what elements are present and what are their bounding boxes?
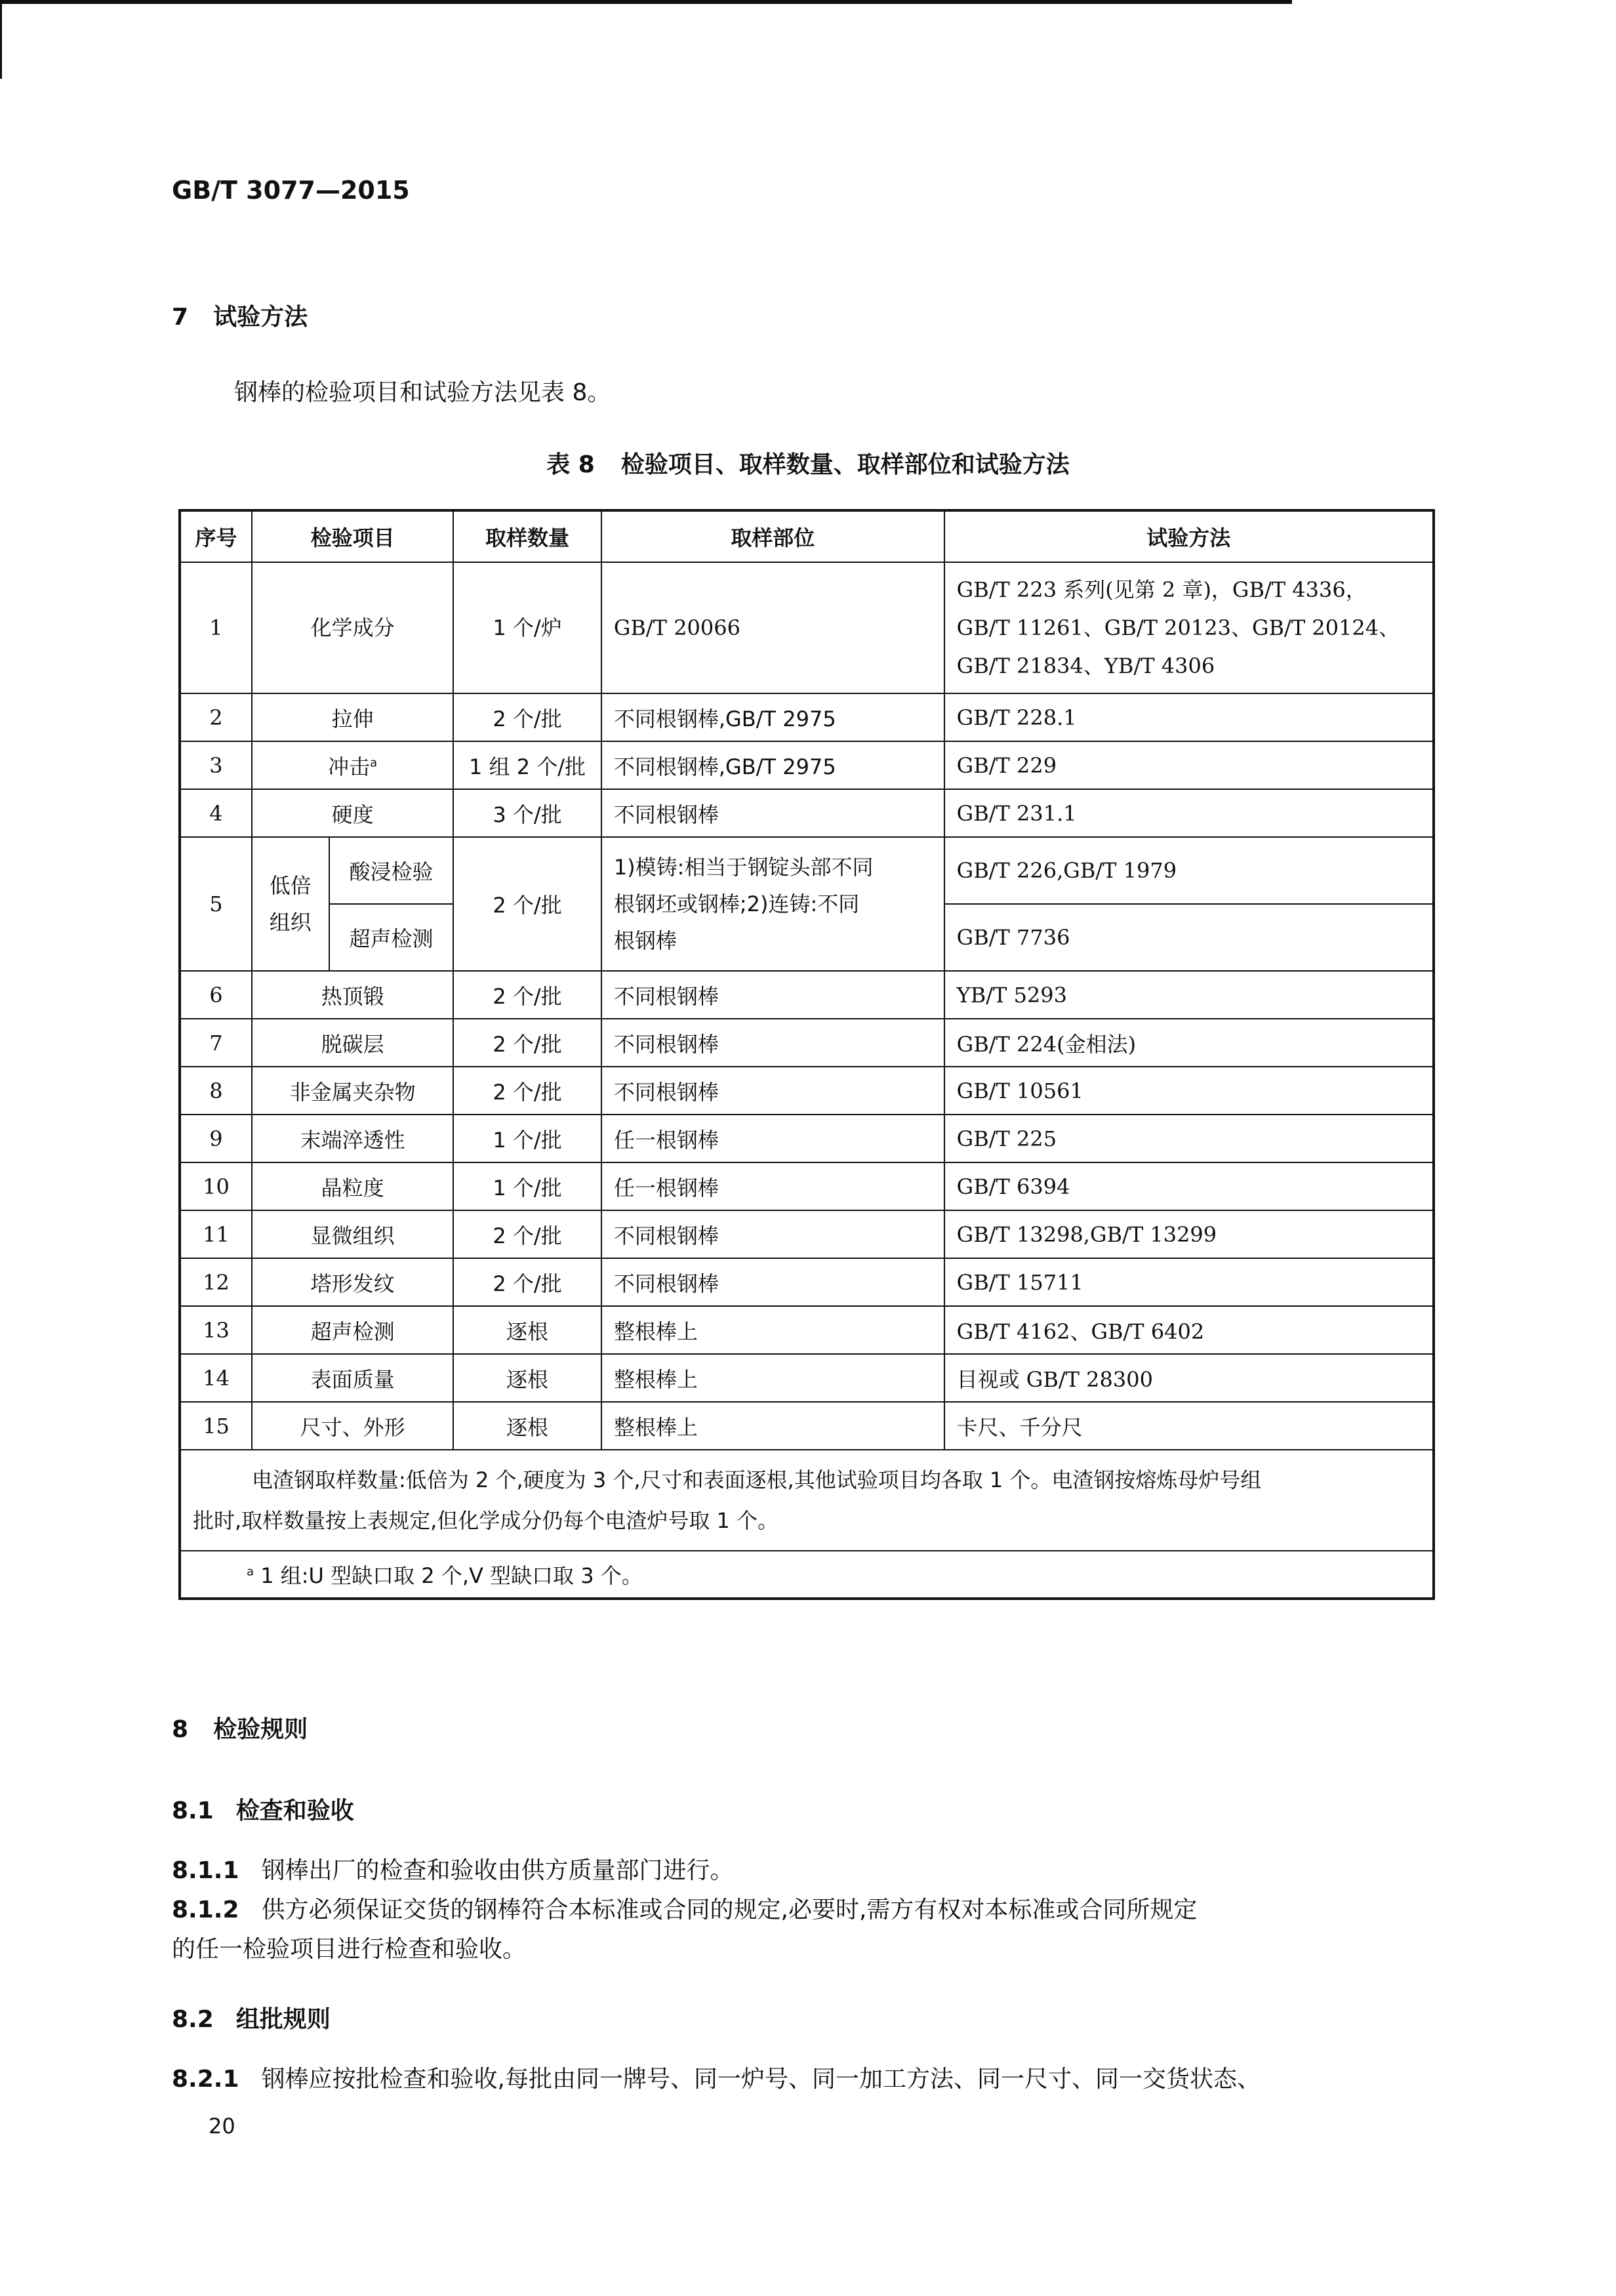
row-qty: 逐根 — [453, 1306, 601, 1354]
clause-text: 供方必须保证交货的钢棒符合本标准或合同的规定,必要时,需方有权对本标准或合同所规… — [262, 1896, 1198, 1923]
item-text: 冲击 — [328, 754, 370, 779]
row-item: 非金属夹杂物 — [252, 1067, 453, 1115]
table-caption-label: 表 8 — [546, 451, 595, 478]
clause-8-1-2: 8.1.2供方必须保证交货的钢棒符合本标准或合同的规定,必要时,需方有权对本标准… — [172, 1891, 1457, 1969]
row-item: 末端淬透性 — [252, 1115, 453, 1162]
row-no: 5 — [180, 837, 252, 971]
row-location: 整根棒上 — [601, 1354, 944, 1402]
section-8-2-heading: 8.2组批规则 — [172, 2001, 331, 2034]
row-qty: 逐根 — [453, 1402, 601, 1450]
row-location: 不同根钢棒 — [601, 789, 944, 837]
clause-text: 的任一检验项目进行检查和验收。 — [172, 1936, 526, 1963]
col-header-method: 试验方法 — [944, 510, 1434, 562]
table-note-row: 电渣钢取样数量:低倍为 2 个,硬度为 3 个,尺寸和表面逐根,其他试验项目均各… — [180, 1450, 1434, 1551]
row-location: 整根棒上 — [601, 1306, 944, 1354]
table-row: 9 末端淬透性 1 个/批 任一根钢棒 GB/T 225 — [180, 1115, 1434, 1162]
scan-border-top — [0, 0, 1292, 4]
row-no: 3 — [180, 741, 252, 789]
table-note: 电渣钢取样数量:低倍为 2 个,硬度为 3 个,尺寸和表面逐根,其他试验项目均各… — [180, 1450, 1434, 1551]
row-item: 晶粒度 — [252, 1162, 453, 1210]
row-method: 目视或 GB/T 28300 — [944, 1354, 1434, 1402]
table-row: 6 热顶锻 2 个/批 不同根钢棒 YB/T 5293 — [180, 971, 1434, 1019]
table-row: 15 尺寸、外形 逐根 整根棒上 卡尺、千分尺 — [180, 1402, 1434, 1450]
standard-code-header: GB/T 3077—2015 — [172, 176, 410, 205]
col-header-item: 检验项目 — [252, 510, 453, 562]
table-row: 3 冲击a 1 组 2 个/批 不同根钢棒,GB/T 2975 GB/T 229 — [180, 741, 1434, 789]
row-qty: 2 个/批 — [453, 1210, 601, 1258]
note-text: 批时,取样数量按上表规定,但化学成分仍每个电渣炉号取 1 个。 — [193, 1508, 778, 1533]
row-location: 整根棒上 — [601, 1402, 944, 1450]
section-number: 8 — [172, 1716, 188, 1743]
clause-number: 8.2.1 — [172, 2066, 239, 2093]
section-8-heading: 8检验规则 — [172, 1711, 308, 1744]
row-item: 化学成分 — [252, 562, 453, 693]
table-row: 11 显微组织 2 个/批 不同根钢棒 GB/T 13298,GB/T 1329… — [180, 1210, 1434, 1258]
row-qty: 2 个/批 — [453, 837, 601, 971]
row-item: 显微组织 — [252, 1210, 453, 1258]
row-item: 塔形发纹 — [252, 1258, 453, 1306]
row-location: 1)模铸:相当于钢锭头部不同 根钢坯或钢棒;2)连铸:不同 根钢棒 — [601, 837, 944, 971]
row-item: 冲击a — [252, 741, 453, 789]
row-qty: 2 个/批 — [453, 1019, 601, 1067]
method-line: GB/T 223 系列(见第 2 章)，GB/T 4336， — [957, 571, 1421, 609]
table-row: 12 塔形发纹 2 个/批 不同根钢棒 GB/T 15711 — [180, 1258, 1434, 1306]
note-line: 批时,取样数量按上表规定,但化学成分仍每个电渣炉号取 1 个。 — [193, 1500, 1421, 1541]
row-method: 卡尺、千分尺 — [944, 1402, 1434, 1450]
clause-line: 8.1.2供方必须保证交货的钢棒符合本标准或合同的规定,必要时,需方有权对本标准… — [172, 1891, 1457, 1930]
table-caption: 表 8检验项目、取样数量、取样部位和试验方法 — [0, 446, 1616, 480]
row-method: GB/T 229 — [944, 741, 1434, 789]
row-method: GB/T 15711 — [944, 1258, 1434, 1306]
row-qty: 2 个/批 — [453, 693, 601, 741]
section-number: 8.1 — [172, 1797, 214, 1824]
row-no: 12 — [180, 1258, 252, 1306]
row-qty: 1 个/批 — [453, 1162, 601, 1210]
scan-border-left — [0, 0, 2, 79]
row-location: 不同根钢棒,GB/T 2975 — [601, 693, 944, 741]
row-location: 不同根钢棒 — [601, 1019, 944, 1067]
table-row: 2 拉伸 2 个/批 不同根钢棒,GB/T 2975 GB/T 228.1 — [180, 693, 1434, 741]
row-qty: 2 个/批 — [453, 971, 601, 1019]
item-group-line: 组织 — [258, 904, 323, 941]
row-item: 硬度 — [252, 789, 453, 837]
row-location: 不同根钢棒 — [601, 971, 944, 1019]
row-no: 10 — [180, 1162, 252, 1210]
method-line: GB/T 11261、GB/T 20123、GB/T 20124、 — [957, 609, 1421, 647]
row-qty: 3 个/批 — [453, 789, 601, 837]
clause-text: 钢棒应按批检查和验收,每批由同一牌号、同一炉号、同一加工方法、同一尺寸、同一交货… — [262, 2066, 1261, 2093]
row-qty: 2 个/批 — [453, 1258, 601, 1306]
location-line: 根钢坯或钢棒;2)连铸:不同 — [614, 886, 932, 922]
row-location: 任一根钢棒 — [601, 1115, 944, 1162]
col-header-location: 取样部位 — [601, 510, 944, 562]
row-method: GB/T 228.1 — [944, 693, 1434, 741]
row-item: 脱碳层 — [252, 1019, 453, 1067]
clause-number: 8.1.1 — [172, 1857, 239, 1884]
row-qty: 1 组 2 个/批 — [453, 741, 601, 789]
table-row: 1 化学成分 1 个/炉 GB/T 20066 GB/T 223 系列(见第 2… — [180, 562, 1434, 693]
section-title: 检验规则 — [213, 1716, 308, 1743]
row-no: 6 — [180, 971, 252, 1019]
method-line: GB/T 21834、YB/T 4306 — [957, 647, 1421, 685]
location-line: 1)模铸:相当于钢锭头部不同 — [614, 849, 932, 886]
section-7-intro: 钢棒的检验项目和试验方法见表 8。 — [234, 374, 611, 407]
row-method: GB/T 4162、GB/T 6402 — [944, 1306, 1434, 1354]
row-item: 拉伸 — [252, 693, 453, 741]
table-row: 10 晶粒度 1 个/批 任一根钢棒 GB/T 6394 — [180, 1162, 1434, 1210]
row-location: 不同根钢棒 — [601, 1067, 944, 1115]
row-method: GB/T 231.1 — [944, 789, 1434, 837]
row-method: GB/T 10561 — [944, 1067, 1434, 1115]
row-no: 14 — [180, 1354, 252, 1402]
row-method: GB/T 224(金相法) — [944, 1019, 1434, 1067]
clause-text: 钢棒出厂的检查和验收由供方质量部门进行。 — [262, 1857, 734, 1884]
table-row: 5 低倍 组织 酸浸检验 2 个/批 1)模铸:相当于钢锭头部不同 根钢坯或钢棒… — [180, 837, 1434, 904]
section-7-heading: 7试验方法 — [172, 298, 308, 332]
table-row: 4 硬度 3 个/批 不同根钢棒 GB/T 231.1 — [180, 789, 1434, 837]
inspection-table: 序号 检验项目 取样数量 取样部位 试验方法 1 化学成分 1 个/炉 GB/T… — [178, 509, 1435, 1600]
row-item: 尺寸、外形 — [252, 1402, 453, 1450]
row-qty: 逐根 — [453, 1354, 601, 1402]
row-method: GB/T 226,GB/T 1979 — [944, 837, 1434, 904]
row-item: 表面质量 — [252, 1354, 453, 1402]
clause-number: 8.1.2 — [172, 1896, 239, 1923]
row-no: 11 — [180, 1210, 252, 1258]
section-number: 8.2 — [172, 2006, 214, 2033]
row-no: 7 — [180, 1019, 252, 1067]
table-row: 8 非金属夹杂物 2 个/批 不同根钢棒 GB/T 10561 — [180, 1067, 1434, 1115]
section-title: 组批规则 — [236, 2006, 331, 2033]
row-location: 任一根钢棒 — [601, 1162, 944, 1210]
table-caption-text: 检验项目、取样数量、取样部位和试验方法 — [621, 451, 1070, 478]
section-title: 检查和验收 — [236, 1797, 354, 1824]
row-sub-item: 超声检测 — [329, 904, 454, 971]
row-method: GB/T 223 系列(见第 2 章)，GB/T 4336， GB/T 1126… — [944, 562, 1434, 693]
row-no: 15 — [180, 1402, 252, 1450]
col-header-qty: 取样数量 — [453, 510, 601, 562]
row-item-group: 低倍 组织 — [252, 837, 329, 971]
row-location: GB/T 20066 — [601, 562, 944, 693]
location-line: 根钢棒 — [614, 922, 932, 959]
row-item: 热顶锻 — [252, 971, 453, 1019]
row-method: GB/T 13298,GB/T 13299 — [944, 1210, 1434, 1258]
table-row: 7 脱碳层 2 个/批 不同根钢棒 GB/T 224(金相法) — [180, 1019, 1434, 1067]
note-text: 电渣钢取样数量:低倍为 2 个,硬度为 3 个,尺寸和表面逐根,其他试验项目均各… — [252, 1467, 1261, 1492]
clause-line: 的任一检验项目进行检查和验收。 — [172, 1930, 1457, 1969]
row-location: 不同根钢棒 — [601, 1210, 944, 1258]
table-row: 14 表面质量 逐根 整根棒上 目视或 GB/T 28300 — [180, 1354, 1434, 1402]
col-header-no: 序号 — [180, 510, 252, 562]
row-qty: 1 个/批 — [453, 1115, 601, 1162]
row-no: 4 — [180, 789, 252, 837]
row-sub-item: 酸浸检验 — [329, 837, 454, 904]
row-item: 超声检测 — [252, 1306, 453, 1354]
item-group-line: 低倍 — [258, 867, 323, 904]
row-method: GB/T 7736 — [944, 904, 1434, 971]
table-footnote-row: a 1 组:U 型缺口取 2 个,V 型缺口取 3 个。 — [180, 1551, 1434, 1599]
row-no: 1 — [180, 562, 252, 693]
note-line: 电渣钢取样数量:低倍为 2 个,硬度为 3 个,尺寸和表面逐根,其他试验项目均各… — [193, 1460, 1421, 1500]
row-method: YB/T 5293 — [944, 971, 1434, 1019]
clause-8-2-1: 8.2.1钢棒应按批检查和验收,每批由同一牌号、同一炉号、同一加工方法、同一尺寸… — [172, 2060, 1470, 2099]
page-number: 20 — [209, 2114, 235, 2139]
section-number: 7 — [172, 304, 188, 331]
row-method: GB/T 225 — [944, 1115, 1434, 1162]
section-title: 试验方法 — [213, 304, 308, 331]
footnote-marker: a — [370, 756, 377, 769]
table-header-row: 序号 检验项目 取样数量 取样部位 试验方法 — [180, 510, 1434, 562]
table-row: 13 超声检测 逐根 整根棒上 GB/T 4162、GB/T 6402 — [180, 1306, 1434, 1354]
section-8-1-heading: 8.1检查和验收 — [172, 1792, 354, 1826]
clause-8-1-1: 8.1.1钢棒出厂的检查和验收由供方质量部门进行。 — [172, 1851, 734, 1891]
footnote-marker: a — [247, 1565, 254, 1578]
row-no: 9 — [180, 1115, 252, 1162]
row-qty: 1 个/炉 — [453, 562, 601, 693]
row-no: 8 — [180, 1067, 252, 1115]
row-location: 不同根钢棒 — [601, 1258, 944, 1306]
footnote-text: 1 组:U 型缺口取 2 个,V 型缺口取 3 个。 — [260, 1563, 643, 1588]
row-method: GB/T 6394 — [944, 1162, 1434, 1210]
row-no: 13 — [180, 1306, 252, 1354]
row-qty: 2 个/批 — [453, 1067, 601, 1115]
row-location: 不同根钢棒,GB/T 2975 — [601, 741, 944, 789]
table-footnote: a 1 组:U 型缺口取 2 个,V 型缺口取 3 个。 — [180, 1551, 1434, 1599]
row-no: 2 — [180, 693, 252, 741]
